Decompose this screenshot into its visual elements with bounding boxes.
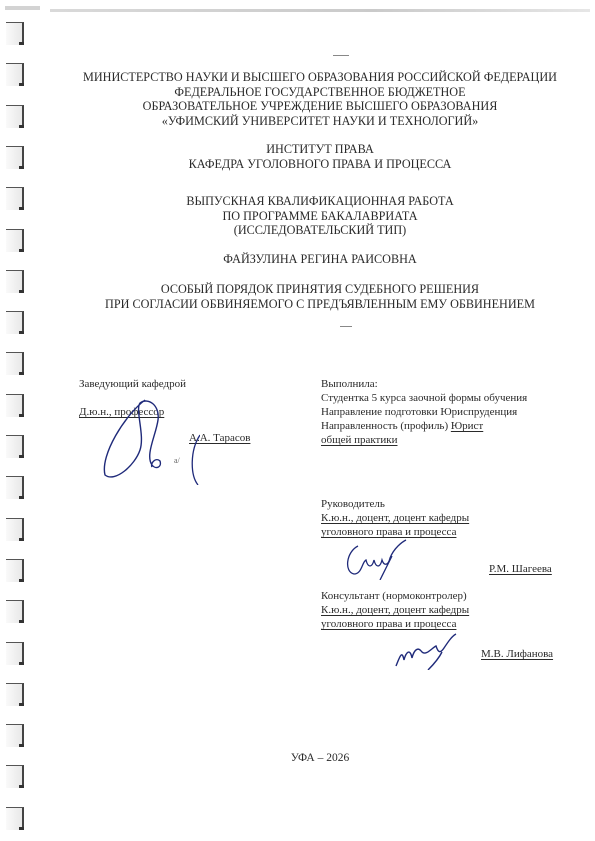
binding-hole (6, 435, 24, 458)
signature-consultant (392, 632, 462, 670)
work-type: ВЫПУСКНАЯ КВАЛИФИКАЦИОННАЯ РАБОТА (60, 194, 580, 209)
binding-hole (6, 807, 24, 830)
performer-line: Студентка 5 курса заочной формы обучения (321, 391, 527, 405)
profile-prefix: Направленность (профиль) (321, 420, 451, 432)
author-block: ФАЙЗУЛИНА РЕГИНА РАИСОВНА (60, 252, 580, 267)
binding-hole (6, 146, 24, 169)
binding-hole (6, 476, 24, 499)
title-block: ОСОБЫЙ ПОРЯДОК ПРИНЯТИЯ СУДЕБНОГО РЕШЕНИ… (60, 282, 580, 311)
supervisor-role: Руководитель (321, 497, 469, 511)
department-block: ИНСТИТУТ ПРАВА КАФЕДРА УГОЛОВНОГО ПРАВА … (60, 142, 580, 171)
university-name: «УФИМСКИЙ УНИВЕРСИТЕТ НАУКИ И ТЕХНОЛОГИЙ… (60, 114, 580, 129)
binding-hole (6, 724, 24, 747)
institution-line: ОБРАЗОВАТЕЛЬНОЕ УЧРЕЖДЕНИЕ ВЫСШЕГО ОБРАЗ… (60, 99, 580, 114)
signature-supervisor (340, 538, 410, 580)
footer: УФА – 2026 (60, 751, 580, 766)
binding-hole (6, 518, 24, 541)
consultant-degree: К.ю.н., доцент, доцент кафедры (321, 603, 469, 617)
binding-hole (6, 559, 24, 582)
supervisor-block: Руководитель К.ю.н., доцент, доцент кафе… (321, 497, 469, 539)
signature-head: a/ (90, 395, 200, 485)
consultant-name: М.В. Лифанова (481, 647, 553, 661)
binding-hole (6, 63, 24, 86)
scan-shadow (50, 9, 590, 12)
performer-line: Направление подготовки Юриспруденция (321, 405, 527, 419)
decorative-dash (333, 55, 349, 56)
chair: КАФЕДРА УГОЛОВНОГО ПРАВА И ПРОЦЕССА (60, 157, 580, 172)
ministry: МИНИСТЕРСТВО НАУКИ И ВЫСШЕГО ОБРАЗОВАНИЯ… (60, 70, 580, 85)
institution-line: ФЕДЕРАЛЬНОЕ ГОСУДАРСТВЕННОЕ БЮДЖЕТНОЕ (60, 85, 580, 100)
consultant-chair: уголовного права и процесса (321, 617, 469, 631)
institute: ИНСТИТУТ ПРАВА (60, 142, 580, 157)
binding-hole (6, 765, 24, 788)
work-title: ОСОБЫЙ ПОРЯДОК ПРИНЯТИЯ СУДЕБНОГО РЕШЕНИ… (60, 282, 580, 297)
binding-hole (6, 270, 24, 293)
consultant-block: Консультант (нормоконтролер) К.ю.н., доц… (321, 589, 469, 631)
consultant-role: Консультант (нормоконтролер) (321, 589, 469, 603)
binding-hole (6, 229, 24, 252)
supervisor-name: Р.М. Шагеева (489, 562, 552, 576)
performer-line: общей практики (321, 433, 527, 447)
performer-block: Выполнила: Студентка 5 курса заочной фор… (321, 377, 527, 447)
header-block: МИНИСТЕРСТВО НАУКИ И ВЫСШЕГО ОБРАЗОВАНИЯ… (60, 70, 580, 128)
binding-hole (6, 311, 24, 334)
binding-hole (6, 642, 24, 665)
work-type-block: ВЫПУСКНАЯ КВАЛИФИКАЦИОННАЯ РАБОТА ПО ПРО… (60, 194, 580, 238)
binding-hole (6, 683, 24, 706)
head-role: Заведующий кафедрой (79, 377, 186, 391)
binding-hole (6, 187, 24, 210)
performer-label: Выполнила: (321, 377, 527, 391)
binding-hole (6, 394, 24, 417)
supervisor-chair: уголовного права и процесса (321, 525, 469, 539)
binding-holes (6, 0, 30, 841)
work-subtype: (ИССЛЕДОВАТЕЛЬСКИЙ ТИП) (60, 223, 580, 238)
work-program: ПО ПРОГРАММЕ БАКАЛАВРИАТА (60, 209, 580, 224)
binding-hole (6, 105, 24, 128)
work-title: ПРИ СОГЛАСИИ ОБВИНЯЕМОГО С ПРЕДЪЯВЛЕННЫМ… (60, 297, 580, 312)
performer-line: Направленность (профиль) Юрист (321, 419, 527, 433)
svg-text:a/: a/ (174, 456, 181, 465)
binding-hole (6, 22, 24, 45)
profile-underlined: Юрист (451, 420, 483, 432)
author-name: ФАЙЗУЛИНА РЕГИНА РАИСОВНА (60, 252, 580, 267)
binding-hole (6, 600, 24, 623)
decorative-dash (340, 326, 352, 327)
city-year: УФА – 2026 (60, 751, 580, 766)
binding-hole (6, 352, 24, 375)
supervisor-degree: К.ю.н., доцент, доцент кафедры (321, 511, 469, 525)
